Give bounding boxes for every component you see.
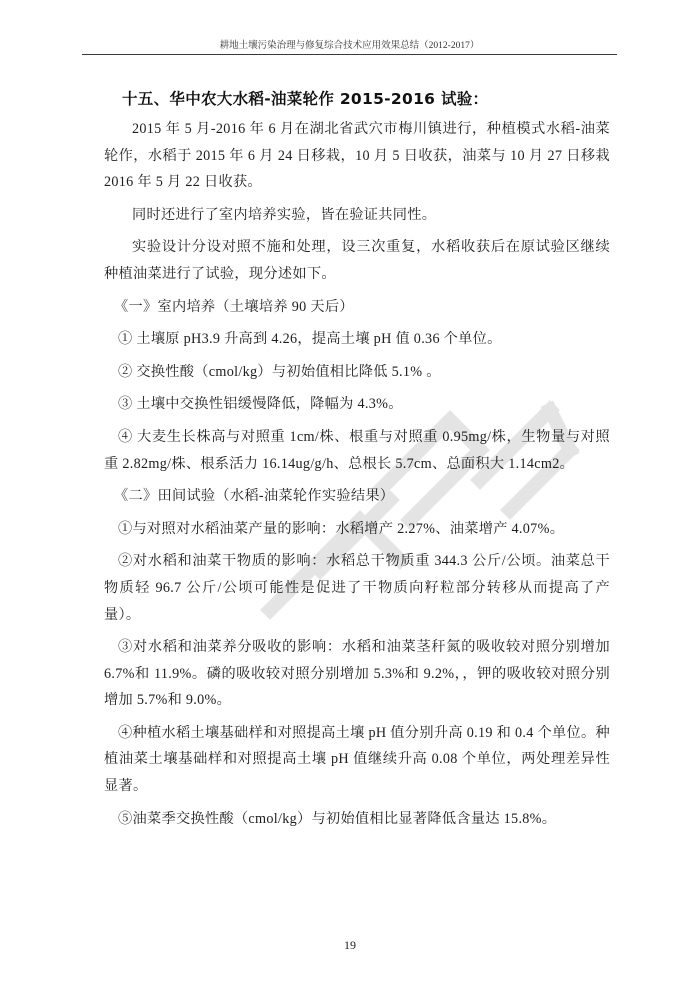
list-item: ② 交换性酸（cmol/kg）与初始值相比降低 5.1% 。 <box>104 359 610 386</box>
paragraph-indoor-note: 同时还进行了室内培养实验，皆在验证共同性。 <box>104 202 610 229</box>
running-header: 耕地土壤污染治理与修复综合技术应用效果总结（2012-2017） <box>82 40 617 55</box>
subheading-indoor-culture: 《一》室内培养（土壤培养 90 天后） <box>104 294 610 321</box>
document-page: 耕地土壤污染治理与修复综合技术应用效果总结（2012-2017） 十五、华中农大… <box>0 0 700 990</box>
paragraph-experiment-period: 2015 年 5 月-2016 年 6 月在湖北省武穴市梅川镇进行，种植模式水稻… <box>104 116 610 196</box>
section-title: 十五、华中农大水稻-油菜轮作 2015-2016 试验： <box>122 86 610 112</box>
list-item: ①与对照对水稻油菜产量的影响：水稻增产 2.27%、油菜增产 4.07%。 <box>104 516 610 543</box>
document-body: 十五、华中农大水稻-油菜轮作 2015-2016 试验： 2015 年 5 月-… <box>104 86 610 832</box>
subheading-field-trial: 《二》田间试验（水稻-油菜轮作实验结果） <box>104 483 610 510</box>
list-item: ⑤油菜季交换性酸（cmol/kg）与初始值相比显著降低含量达 15.8%。 <box>104 806 610 833</box>
page-number: 19 <box>0 938 700 953</box>
list-item: ④种植水稻土壤基础样和对照提高土壤 pH 值分别升高 0.19 和 0.4 个单… <box>104 720 610 800</box>
list-item: ③ 土壤中交换性铝缓慢降低，降幅为 4.3%。 <box>104 391 610 418</box>
list-item: ① 土壤原 pH3.9 升高到 4.26，提高土壤 pH 值 0.36 个单位。 <box>104 326 610 353</box>
list-item: ②对水稻和油菜干物质的影响：水稻总干物质重 344.3 公斤/公顷。油菜总干物质… <box>104 548 610 628</box>
paragraph-design: 实验设计分设对照不施和处理，设三次重复，水稻收获后在原试验区继续种植油菜进行了试… <box>104 234 610 287</box>
list-item: ③对水稻和油菜养分吸收的影响：水稻和油菜茎秆氮的吸收较对照分别增加 6.7%和 … <box>104 634 610 714</box>
list-item: ④ 大麦生长株高与对照重 1cm/株、根重与对照重 0.95mg/株，生物量与对… <box>104 424 610 477</box>
